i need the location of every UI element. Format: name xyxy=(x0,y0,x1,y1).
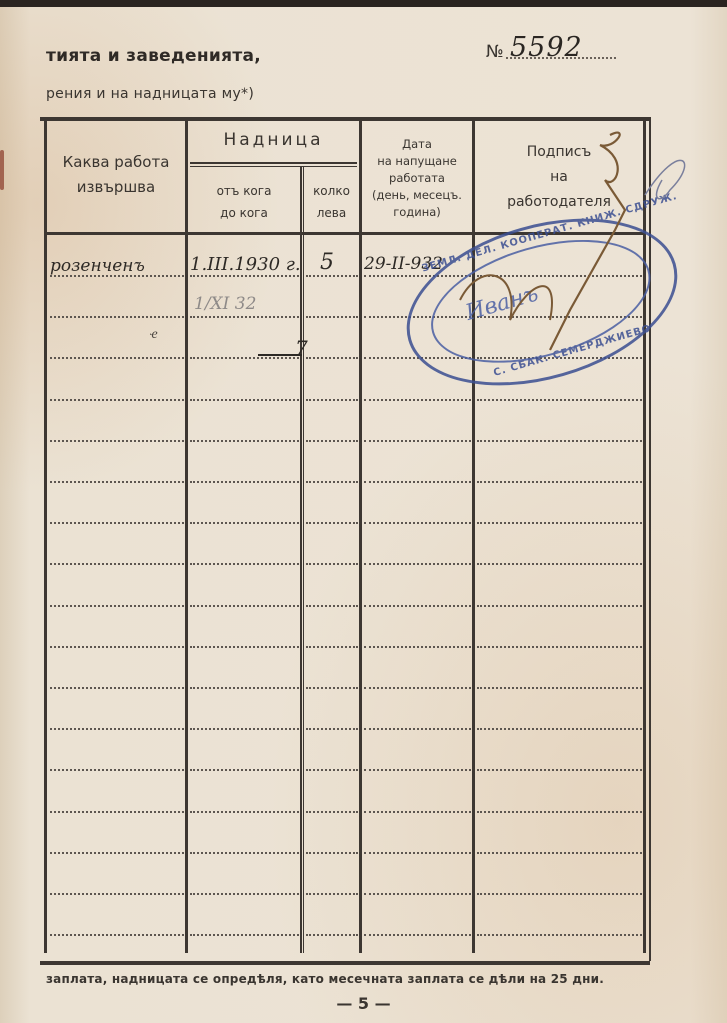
row-dotted-line xyxy=(364,687,471,689)
row-dotted-line xyxy=(306,852,358,854)
row-dotted-line xyxy=(364,646,471,648)
row-dotted-line xyxy=(50,481,184,483)
wage-group-rule xyxy=(190,162,357,164)
column-header-wage: Надница xyxy=(188,130,359,150)
row-dotted-line xyxy=(190,769,299,771)
row-dotted-line xyxy=(50,769,184,771)
column-divider-2b xyxy=(303,166,304,953)
row-dotted-line xyxy=(477,522,642,524)
row-dotted-line xyxy=(50,893,184,895)
row-dotted-line xyxy=(50,357,184,359)
entry-from-to: 1.III.1930 г. xyxy=(190,254,301,275)
row-dotted-line xyxy=(50,646,184,648)
row-dotted-line xyxy=(190,646,299,648)
row-dotted-line xyxy=(364,563,471,565)
row-dotted-line xyxy=(477,646,642,648)
row-dotted-line xyxy=(190,481,299,483)
row-dotted-line xyxy=(306,275,358,277)
row-dotted-line xyxy=(477,563,642,565)
row-dotted-line xyxy=(306,934,358,936)
row-dotted-line xyxy=(477,728,642,730)
page-number: — 5 — xyxy=(0,994,727,1013)
row-dotted-line xyxy=(306,811,358,813)
row-dotted-line xyxy=(306,316,358,318)
row-dotted-line xyxy=(306,605,358,607)
row-dotted-line xyxy=(477,852,642,854)
row-dotted-line xyxy=(477,687,642,689)
row-dotted-line xyxy=(50,440,184,442)
row-dotted-line xyxy=(306,522,358,524)
row-dotted-line xyxy=(477,481,642,483)
row-dotted-line xyxy=(364,769,471,771)
row-dotted-line xyxy=(306,440,358,442)
row-dotted-line xyxy=(190,316,299,318)
header-work-line1: Каква работа xyxy=(47,150,185,175)
document-number-value: 5592 xyxy=(510,32,583,63)
row-dotted-line xyxy=(477,440,642,442)
row-dotted-line xyxy=(364,934,471,936)
row-dotted-line xyxy=(306,687,358,689)
row-dotted-line xyxy=(306,769,358,771)
row-dotted-line xyxy=(190,563,299,565)
row-dotted-line xyxy=(477,934,642,936)
row-dotted-line xyxy=(190,399,299,401)
entry-mark: ҽ xyxy=(150,326,158,343)
employer-signature xyxy=(400,120,710,380)
row-dotted-line xyxy=(50,316,184,318)
entry-amount-note: 7 xyxy=(295,336,308,360)
header-from-line1: отъ кога xyxy=(188,180,300,202)
row-dotted-line xyxy=(364,811,471,813)
page-top-edge xyxy=(0,0,727,7)
row-dotted-line xyxy=(190,522,299,524)
header-amount-line1: колко xyxy=(304,180,359,202)
row-dotted-line xyxy=(477,769,642,771)
row-dotted-line xyxy=(190,934,299,936)
row-dotted-line xyxy=(50,687,184,689)
row-dotted-line xyxy=(306,563,358,565)
row-dotted-line xyxy=(364,893,471,895)
row-dotted-line xyxy=(364,728,471,730)
column-divider-3 xyxy=(359,121,362,953)
entry-work: розенченъ xyxy=(50,256,145,276)
row-dotted-line xyxy=(190,275,299,277)
header-work-line2: извършва xyxy=(47,175,185,200)
row-dotted-line xyxy=(364,852,471,854)
row-dotted-line xyxy=(190,605,299,607)
row-dotted-line xyxy=(364,399,471,401)
row-dotted-line xyxy=(364,481,471,483)
header-subtitle: рения и на надницата му*) xyxy=(46,86,254,102)
footer-note: заплата, надницата се опредѣля, като мес… xyxy=(46,972,604,986)
row-dotted-line xyxy=(50,563,184,565)
header-from-line2: до кога xyxy=(188,202,300,224)
row-dotted-line xyxy=(364,605,471,607)
row-dotted-line xyxy=(50,852,184,854)
row-dotted-line xyxy=(364,522,471,524)
column-header-work: Каква работа извършва xyxy=(47,150,185,200)
row-dotted-line xyxy=(50,605,184,607)
row-dotted-line xyxy=(364,440,471,442)
row-dotted-line xyxy=(190,852,299,854)
row-dotted-line xyxy=(306,646,358,648)
row-dotted-line xyxy=(306,728,358,730)
row-dotted-line xyxy=(50,934,184,936)
row-dotted-line xyxy=(306,893,358,895)
row-dotted-line xyxy=(306,399,358,401)
column-divider-1 xyxy=(185,121,188,953)
entry-amount: 5 xyxy=(320,250,334,275)
wage-group-rule-2 xyxy=(190,166,357,167)
number-label: № xyxy=(486,42,504,62)
page-edge-stain xyxy=(0,150,4,190)
column-header-amount: колко лева xyxy=(304,180,359,224)
header-amount-line2: лева xyxy=(304,202,359,224)
row-dotted-line xyxy=(50,728,184,730)
row-dotted-line xyxy=(190,440,299,442)
row-dotted-line xyxy=(50,399,184,401)
row-dotted-line xyxy=(190,687,299,689)
column-divider-2 xyxy=(300,166,302,953)
row-dotted-line xyxy=(477,811,642,813)
column-header-from-to: отъ кога до кога xyxy=(188,180,300,224)
row-dotted-line xyxy=(306,357,358,359)
row-dotted-line xyxy=(50,811,184,813)
row-dotted-line xyxy=(50,522,184,524)
row-dotted-line xyxy=(477,893,642,895)
row-dotted-line xyxy=(190,728,299,730)
row-dotted-line xyxy=(190,357,299,359)
header-title: тията и заведенията, xyxy=(46,46,261,66)
row-dotted-line xyxy=(190,811,299,813)
table-left-border xyxy=(44,121,47,953)
row-dotted-line xyxy=(190,893,299,895)
entry-from-to-pencil: 1/XI 32 xyxy=(194,294,256,314)
row-dotted-line xyxy=(477,605,642,607)
row-dotted-line xyxy=(306,481,358,483)
row-dotted-line xyxy=(477,399,642,401)
